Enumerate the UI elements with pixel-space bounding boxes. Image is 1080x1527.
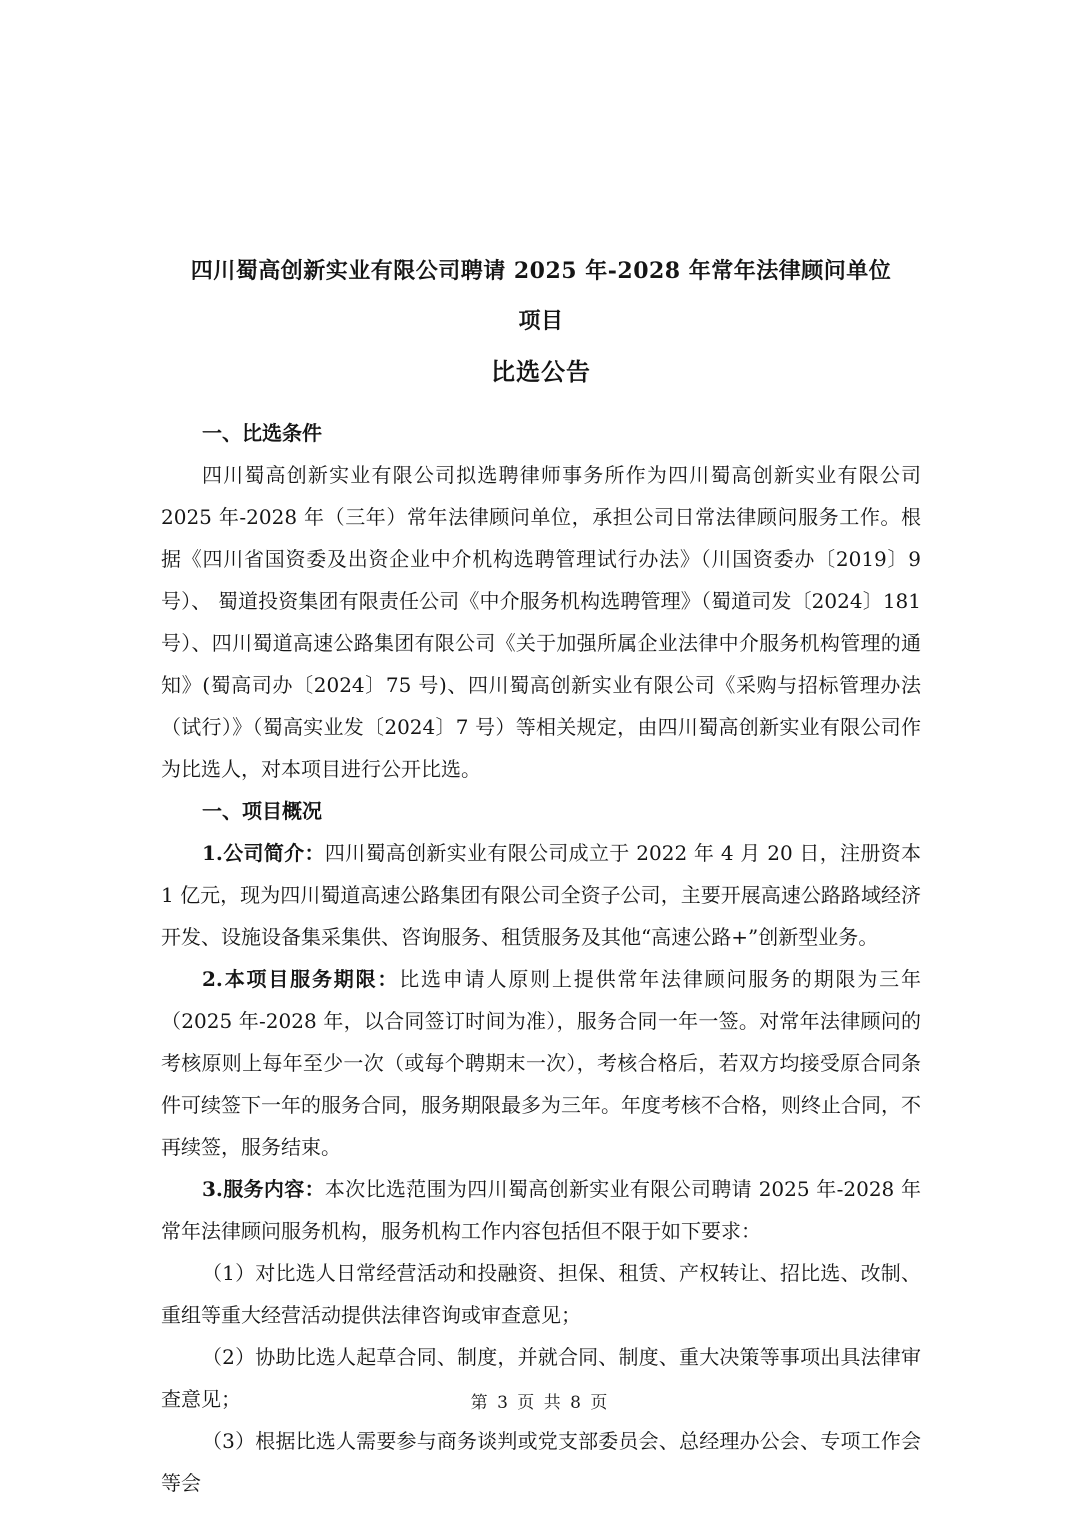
paragraph-service-requirement-1: （1）对比选人日常经营活动和投融资、担保、租赁、产权转让、招比选、改制、重组等重… bbox=[161, 1252, 921, 1336]
document-subtitle: 比选公告 bbox=[161, 346, 921, 398]
document-title-line-2: 项目 bbox=[161, 296, 921, 346]
paragraph-selection-conditions: 四川蜀高创新实业有限公司拟选聘律师事务所作为四川蜀高创新实业有限公司 2025 … bbox=[161, 454, 921, 790]
item-label-service-term: 2.本项目服务期限： bbox=[202, 967, 399, 991]
section-heading-project-overview: 一、项目概况 bbox=[161, 790, 921, 832]
document-page: 四川蜀高创新实业有限公司聘请 2025 年-2028 年常年法律顾问单位 项目 … bbox=[0, 0, 1080, 1527]
item-label-service-content: 3.服务内容： bbox=[202, 1177, 325, 1201]
paragraph-service-requirement-3: （3）根据比选人需要参与商务谈判或党支部委员会、总经理办公会、专项工作会等会 bbox=[161, 1420, 921, 1504]
paragraph-service-content: 3.服务内容：本次比选范围为四川蜀高创新实业有限公司聘请 2025 年-2028… bbox=[161, 1168, 921, 1252]
page-number-indicator: 第 3 页 共 8 页 bbox=[0, 1388, 1080, 1413]
document-body: 一、比选条件 四川蜀高创新实业有限公司拟选聘律师事务所作为四川蜀高创新实业有限公… bbox=[161, 412, 921, 1504]
item-label-company-profile: 1.公司简介： bbox=[202, 841, 325, 865]
paragraph-service-term: 2.本项目服务期限：比选申请人原则上提供常年法律顾问服务的期限为三年（2025 … bbox=[161, 958, 921, 1168]
document-title: 四川蜀高创新实业有限公司聘请 2025 年-2028 年常年法律顾问单位 项目 bbox=[161, 0, 921, 346]
item-text-service-term: 比选申请人原则上提供常年法律顾问服务的期限为三年（2025 年-2028 年，以… bbox=[161, 967, 921, 1159]
section-heading-selection-conditions: 一、比选条件 bbox=[161, 412, 921, 454]
document-title-line-1: 四川蜀高创新实业有限公司聘请 2025 年-2028 年常年法律顾问单位 bbox=[161, 246, 921, 296]
paragraph-company-profile: 1.公司简介：四川蜀高创新实业有限公司成立于 2022 年 4 月 20 日，注… bbox=[161, 832, 921, 958]
document-content: 四川蜀高创新实业有限公司聘请 2025 年-2028 年常年法律顾问单位 项目 … bbox=[161, 0, 921, 1504]
